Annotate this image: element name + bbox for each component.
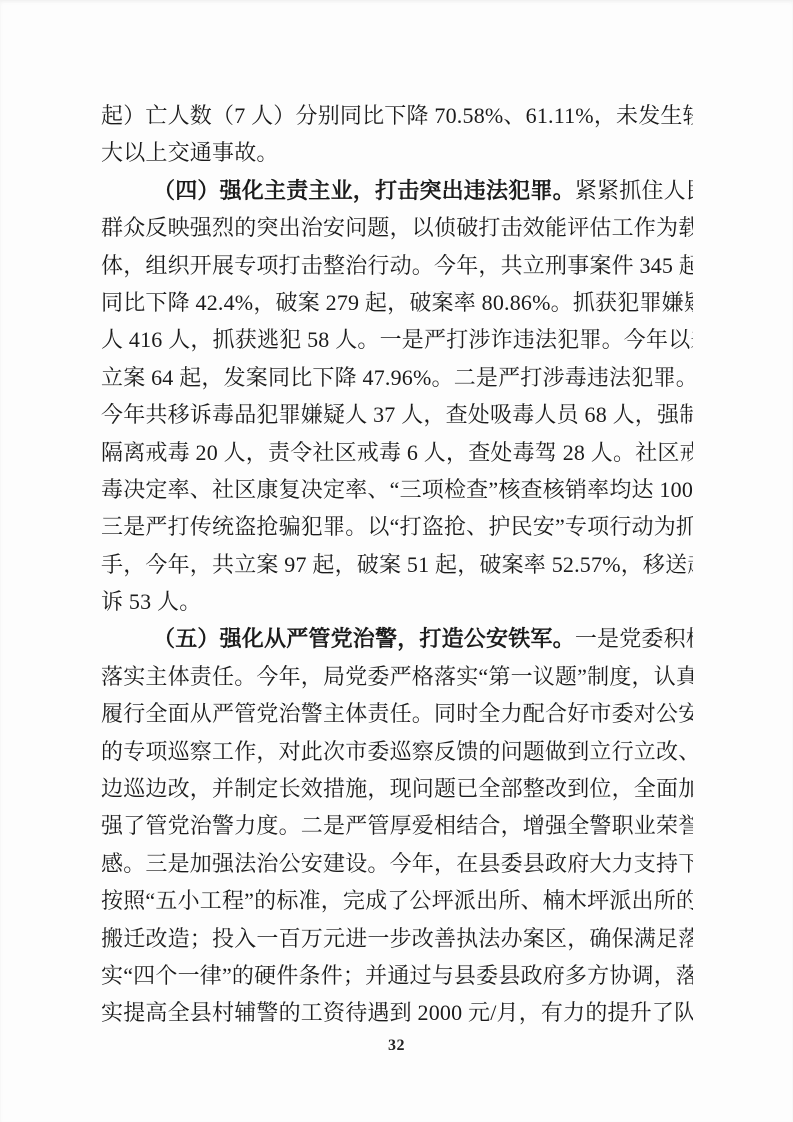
text-line: 体，组织开展专项打击整治行动。今年，共立刑事案件 345 起， xyxy=(101,247,693,284)
text-line: 隔离戒毒 20 人，责令社区戒毒 6 人，查处毒驾 28 人。社区戒 xyxy=(101,434,693,471)
text-line: 的专项巡察工作，对此次市委巡察反馈的问题做到立行立改、 xyxy=(101,733,693,770)
body-text: 毒决定率、社区康复决定率、“三项检查”核查核销率均达 100%。 xyxy=(101,477,693,502)
document-body: 起）亡人数（7 人）分别同比下降 70.58%、61.11%，未发生较大以上交通… xyxy=(101,97,693,1032)
body-text: 起）亡人数（7 人）分别同比下降 70.58%、61.11%，未发生较 xyxy=(101,103,693,128)
body-text: 强了管党治警力度。二是严管厚爱相结合，增强全警职业荣誉 xyxy=(101,813,693,838)
text-line: 同比下降 42.4%，破案 279 起，破案率 80.86%。抓获犯罪嫌疑 xyxy=(101,284,693,321)
body-text: 体，组织开展专项打击整治行动。今年，共立刑事案件 345 起， xyxy=(101,253,693,278)
body-text: 实提高全县村辅警的工资待遇到 2000 元/月，有力的提升了队 xyxy=(101,1000,693,1025)
body-text: 紧紧抓住人民 xyxy=(575,178,693,203)
text-line: 诉 53 人。 xyxy=(101,583,693,620)
text-line: 立案 64 起，发案同比下降 47.96%。二是严打涉毒违法犯罪。 xyxy=(101,359,693,396)
section-heading-text: （四）强化主责主业，打击突出违法犯罪。 xyxy=(153,178,575,203)
text-line: 搬迁改造；投入一百万元进一步改善执法办案区，确保满足落 xyxy=(101,920,693,957)
text-line: 今年共移诉毒品犯罪嫌疑人 37 人，查处吸毒人员 68 人，强制 xyxy=(101,396,693,433)
text-line: 三是严打传统盗抢骗犯罪。以“打盗抢、护民安”专项行动为抓 xyxy=(101,508,693,545)
section-heading-text: （五）强化从严管党治警，打造公安铁军。 xyxy=(153,626,575,651)
body-text: 的专项巡察工作，对此次市委巡察反馈的问题做到立行立改、 xyxy=(101,739,693,764)
body-text: 立案 64 起，发案同比下降 47.96%。二是严打涉毒违法犯罪。 xyxy=(101,365,693,390)
body-text: 边巡边改，并制定长效措施，现问题已全部整改到位，全面加 xyxy=(101,776,693,801)
body-text: 按照“五小工程”的标准，完成了公坪派出所、楠木坪派出所的 xyxy=(101,888,693,913)
text-line: 人 416 人，抓获逃犯 58 人。一是严打涉诈违法犯罪。今年以来 xyxy=(101,321,693,358)
text-line: 手，今年，共立案 97 起，破案 51 起，破案率 52.57%，移送起 xyxy=(101,546,693,583)
body-text: 今年共移诉毒品犯罪嫌疑人 37 人，查处吸毒人员 68 人，强制 xyxy=(101,402,693,427)
body-text: 搬迁改造；投入一百万元进一步改善执法办案区，确保满足落 xyxy=(101,926,693,951)
body-text: 隔离戒毒 20 人，责令社区戒毒 6 人，查处毒驾 28 人。社区戒 xyxy=(101,440,693,465)
text-line: 落实主体责任。今年，局党委严格落实“第一议题”制度，认真 xyxy=(101,658,693,695)
text-line: 强了管党治警力度。二是严管厚爱相结合，增强全警职业荣誉 xyxy=(101,807,693,844)
para-section-5-party-discipline: （五）强化从严管党治警，打造公安铁军。一是党委积极落实主体责任。今年，局党委严格… xyxy=(101,620,693,1031)
document-page: 起）亡人数（7 人）分别同比下降 70.58%、61.11%，未发生较大以上交通… xyxy=(0,0,793,1122)
body-text: 感。三是加强法治公安建设。今年，在县委县政府大力支持下， xyxy=(101,851,693,876)
body-text: 履行全面从严管党治警主体责任。同时全力配合好市委对公安 xyxy=(101,701,693,726)
body-text: 诉 53 人。 xyxy=(101,589,201,614)
body-text: 群众反映强烈的突出治安问题，以侦破打击效能评估工作为载 xyxy=(101,215,693,240)
text-line: （五）强化从严管党治警，打造公安铁军。一是党委积极 xyxy=(101,620,693,657)
text-line: 感。三是加强法治公安建设。今年，在县委县政府大力支持下， xyxy=(101,845,693,882)
body-text: 落实主体责任。今年，局党委严格落实“第一议题”制度，认真 xyxy=(101,664,693,689)
body-text: 同比下降 42.4%，破案 279 起，破案率 80.86%。抓获犯罪嫌疑 xyxy=(101,290,693,315)
text-line: 实“四个一律”的硬件条件；并通过与县委县政府多方协调，落 xyxy=(101,957,693,994)
body-text: 大以上交通事故。 xyxy=(101,140,279,165)
text-line: 实提高全县村辅警的工资待遇到 2000 元/月，有力的提升了队 xyxy=(101,994,693,1031)
body-text: 一是党委积极 xyxy=(575,626,693,651)
text-line: 边巡边改，并制定长效措施，现问题已全部整改到位，全面加 xyxy=(101,770,693,807)
text-line: 大以上交通事故。 xyxy=(101,134,693,171)
page-number: 32 xyxy=(0,1037,793,1055)
text-line: 毒决定率、社区康复决定率、“三项检查”核查核销率均达 100%。 xyxy=(101,471,693,508)
text-line: 起）亡人数（7 人）分别同比下降 70.58%、61.11%，未发生较 xyxy=(101,97,693,134)
body-text: 实“四个一律”的硬件条件；并通过与县委县政府多方协调，落 xyxy=(101,963,693,988)
para-section-4-crime-crackdown: （四）强化主责主业，打击突出违法犯罪。紧紧抓住人民群众反映强烈的突出治安问题，以… xyxy=(101,172,693,621)
text-line: 履行全面从严管党治警主体责任。同时全力配合好市委对公安 xyxy=(101,695,693,732)
text-line: 按照“五小工程”的标准，完成了公坪派出所、楠木坪派出所的 xyxy=(101,882,693,919)
body-text: 手，今年，共立案 97 起，破案 51 起，破案率 52.57%，移送起 xyxy=(101,552,693,577)
text-line: （四）强化主责主业，打击突出违法犯罪。紧紧抓住人民 xyxy=(101,172,693,209)
body-text: 人 416 人，抓获逃犯 58 人。一是严打涉诈违法犯罪。今年以来 xyxy=(101,327,693,352)
body-text: 三是严打传统盗抢骗犯罪。以“打盗抢、护民安”专项行动为抓 xyxy=(101,514,693,539)
para-traffic-continuation: 起）亡人数（7 人）分别同比下降 70.58%、61.11%，未发生较大以上交通… xyxy=(101,97,693,172)
text-line: 群众反映强烈的突出治安问题，以侦破打击效能评估工作为载 xyxy=(101,209,693,246)
